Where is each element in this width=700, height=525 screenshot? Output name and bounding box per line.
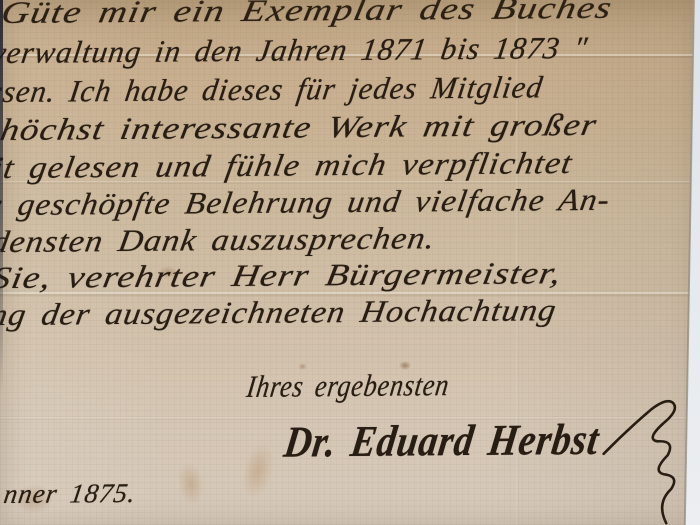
photo-vignette — [0, 0, 700, 525]
photo-left-edge-shadow — [0, 0, 3, 525]
photograph-of-handwritten-letter: Güte mir ein Exemplar des Buches verwalt… — [0, 0, 700, 525]
letter-paper: Güte mir ein Exemplar des Buches verwalt… — [0, 0, 700, 525]
